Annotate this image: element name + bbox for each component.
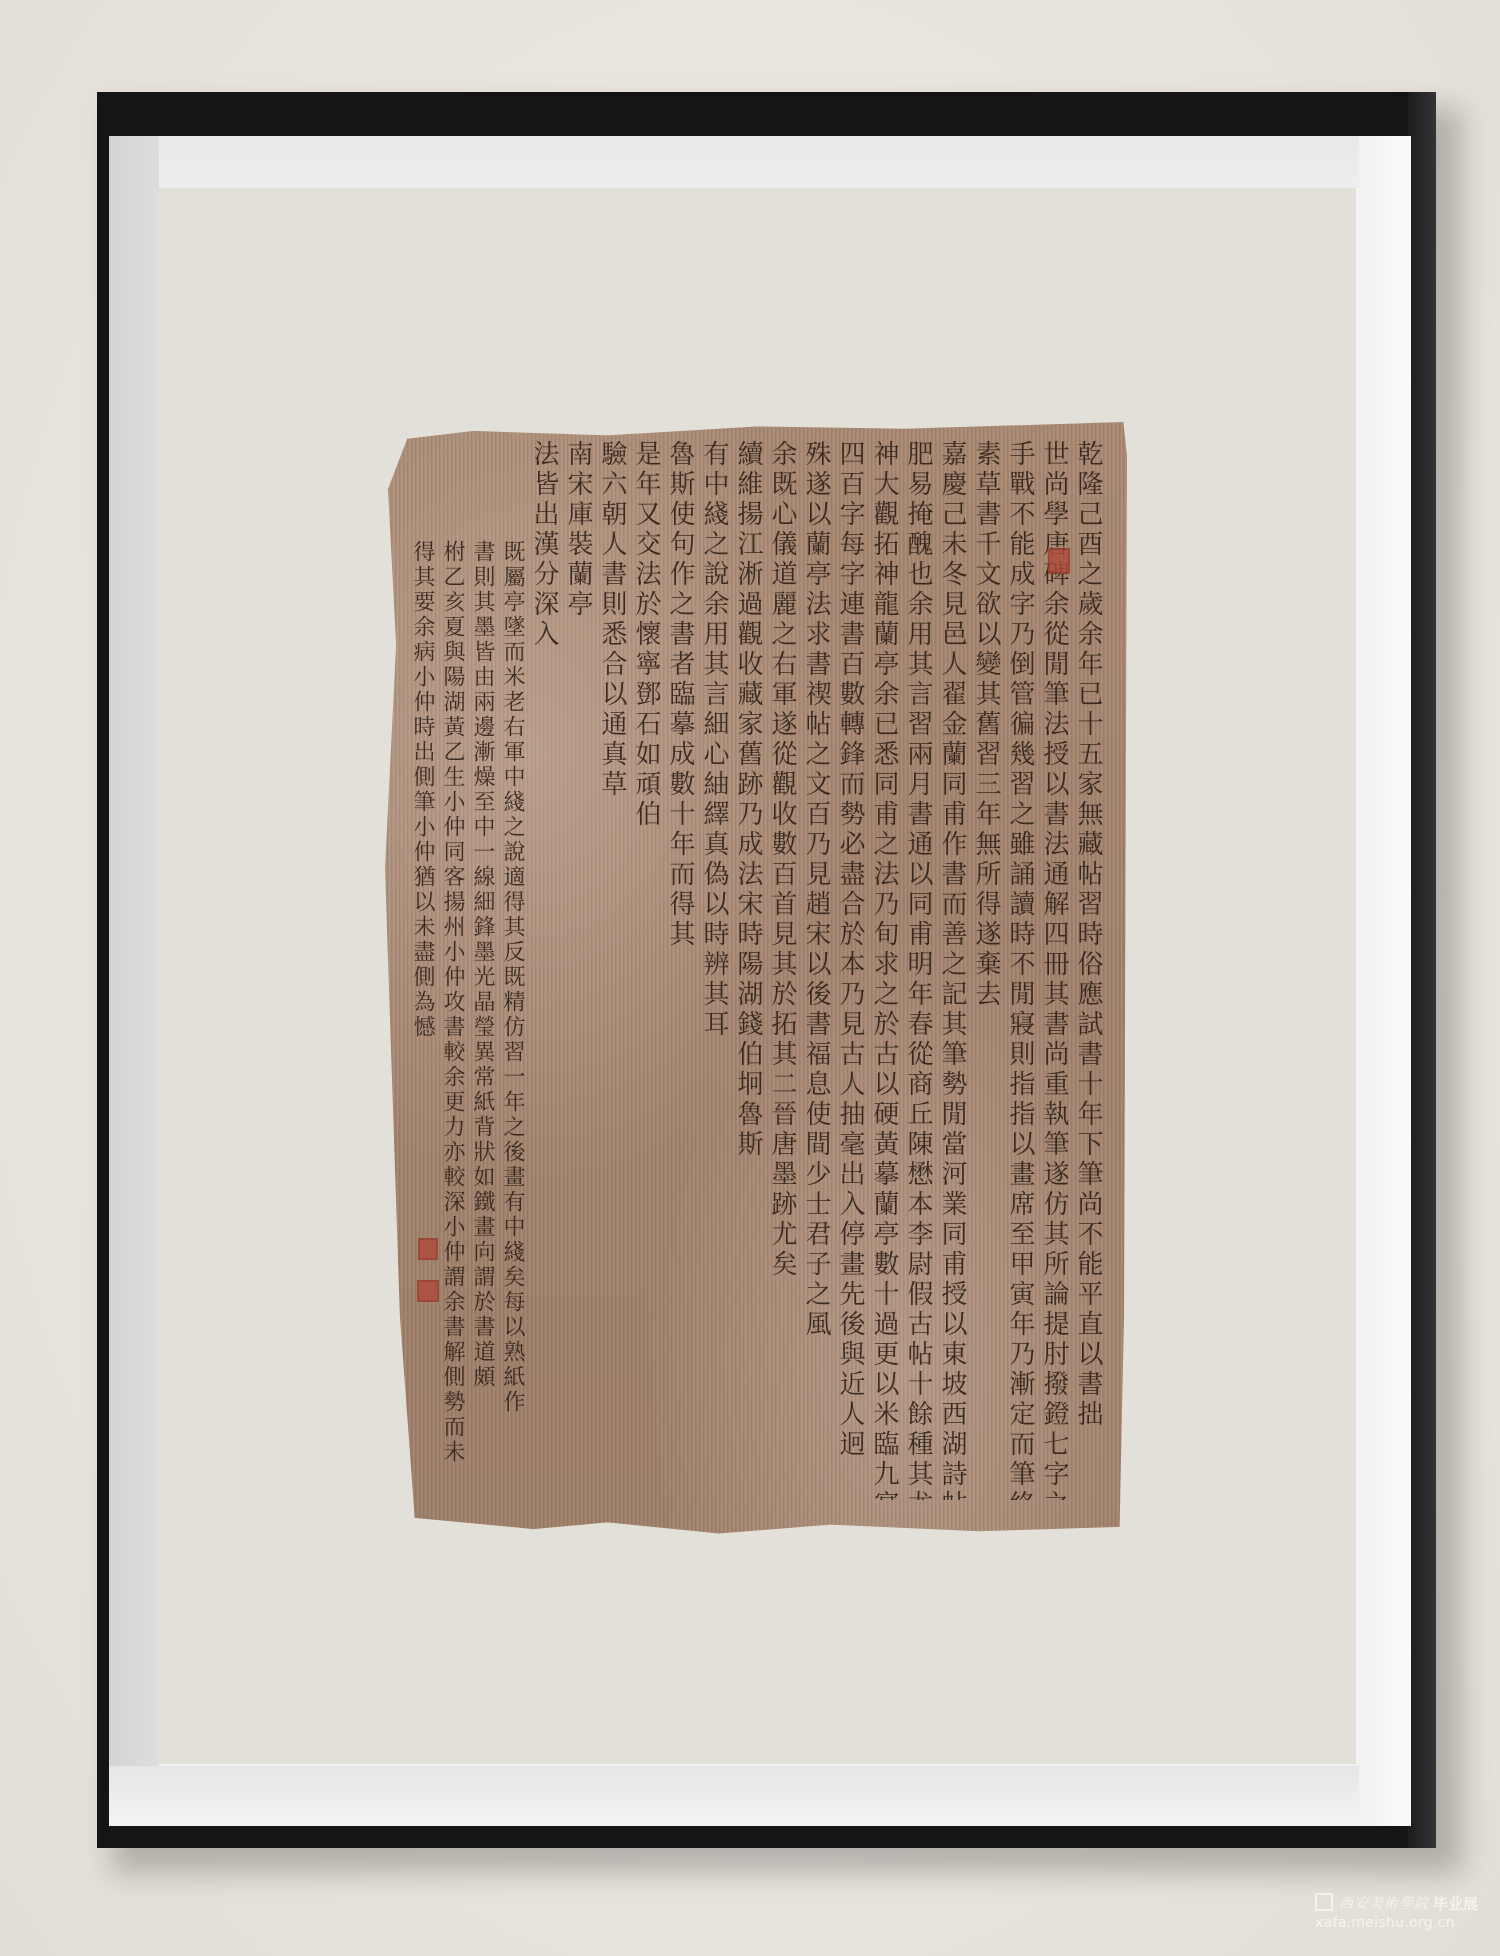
text-column: 素草書千文欲以變其舊習三年無所得遂棄去 [969,440,1003,1500]
text-column: 魯斯使句作之書者臨摹成數十年而得其 [663,440,697,1500]
mat-bevel-left [109,136,159,1826]
text-column: 肥易掩醜也余用其言習兩月書通以同甫明年春從商丘陳懋本李尉假古帖十餘種其尤者為南唐… [901,440,935,1500]
watermark-school-name: 西安美術學院 [1339,1893,1429,1913]
text-column: 南宋庫裝蘭亭 [561,440,595,1500]
seal-lower-left-1 [418,1238,438,1260]
mat-bevel-bottom [109,1766,1411,1826]
text-column: 余既心儀道麗之右軍遂從觀收數百首見其於拓其二晉唐墨跡尤矣 [765,440,799,1500]
text-column: 乾隆己酉之歲余年已十五家無藏帖習時俗應試書十年下筆尚不能平直以書拙 [1071,440,1105,1500]
text-column: 殊遂以蘭亭法求書禊帖之文百乃見趙宋以後書福息使間少士君子之風 [799,440,833,1500]
text-column: 驗六朝人書則悉合以通真草 [595,440,629,1500]
text-column: 世尚學唐碑余從閒筆法授以書法通解四冊其書尚重執筆遂仿其所論提肘撥鐙七字之勢 [1037,440,1071,1500]
inscription-column: 得其要余病小仲時出側筆小仲猶以未盡側為憾 [407,540,437,1500]
watermark-subtitle: 毕业展 [1433,1893,1478,1914]
text-column: 四百字每字連書百數轉鋒而勢必盡合於本乃見古人抽毫出入停畫先後與近人迥 [833,440,867,1500]
inscription-column: 書則其墨皆由兩邊漸燥至中一線細鋒墨光晶瑩異常紙背狀如鐵畫向謂於書道頗 [467,540,497,1500]
text-column: 手戰不能成字乃倒管徧幾習之雖誦讀時不閒寢則指指以畫席至甲寅年乃漸定而筆終椎鈍乃學 [1003,440,1037,1500]
watermark: 西安美術學院 毕业展 xafa.meishu.org.cn [1315,1893,1495,1948]
text-column: 續維揚江淅過觀收藏家舊跡乃成法宋時陽湖錢伯坰魯斯 [731,440,765,1500]
inscription-column: 既屬亭墜而米老右軍中綫之說適得其反既精仿習一年之後畫有中綫矣每以熟紙作 [497,540,527,1500]
seal-lower-left-2 [417,1280,439,1302]
mat-bevel-top [109,136,1411,188]
school-logo-icon [1315,1893,1333,1911]
text-column: 法皆出漢分深入 [527,440,561,1500]
text-column: 有中綫之說余用其言細心紬繹真偽以時辨其耳 [697,440,731,1500]
text-column: 神大觀拓神龍蘭亭余已悉同甫之法乃旬求之於古以硬黃摹蘭亭數十過更以米臨九宮移其字每… [867,440,901,1500]
inscription-column: 柎乙亥夏與陽湖黃乙生小仲同客揚州小仲攻書較余更力亦較深小仲謂余書解側勢而未 [437,540,467,1500]
mat-bevel-right [1359,136,1411,1826]
watermark-url: xafa.meishu.org.cn [1315,1915,1455,1931]
text-column: 嘉慶己未冬見邑人翟金蘭同甫作書而善之記其筆勢閒當河業同甫授以東坡西湖詩帖曰學此以… [935,440,969,1500]
text-column: 是年又交法於懷寧鄧石如頑伯 [629,440,663,1500]
calligraphy-text: 乾隆己酉之歲余年已十五家無藏帖習時俗應試書十年下筆尚不能平直以書拙 世尚學唐碑余… [405,440,1105,1520]
seal-upper-right [1048,548,1070,574]
